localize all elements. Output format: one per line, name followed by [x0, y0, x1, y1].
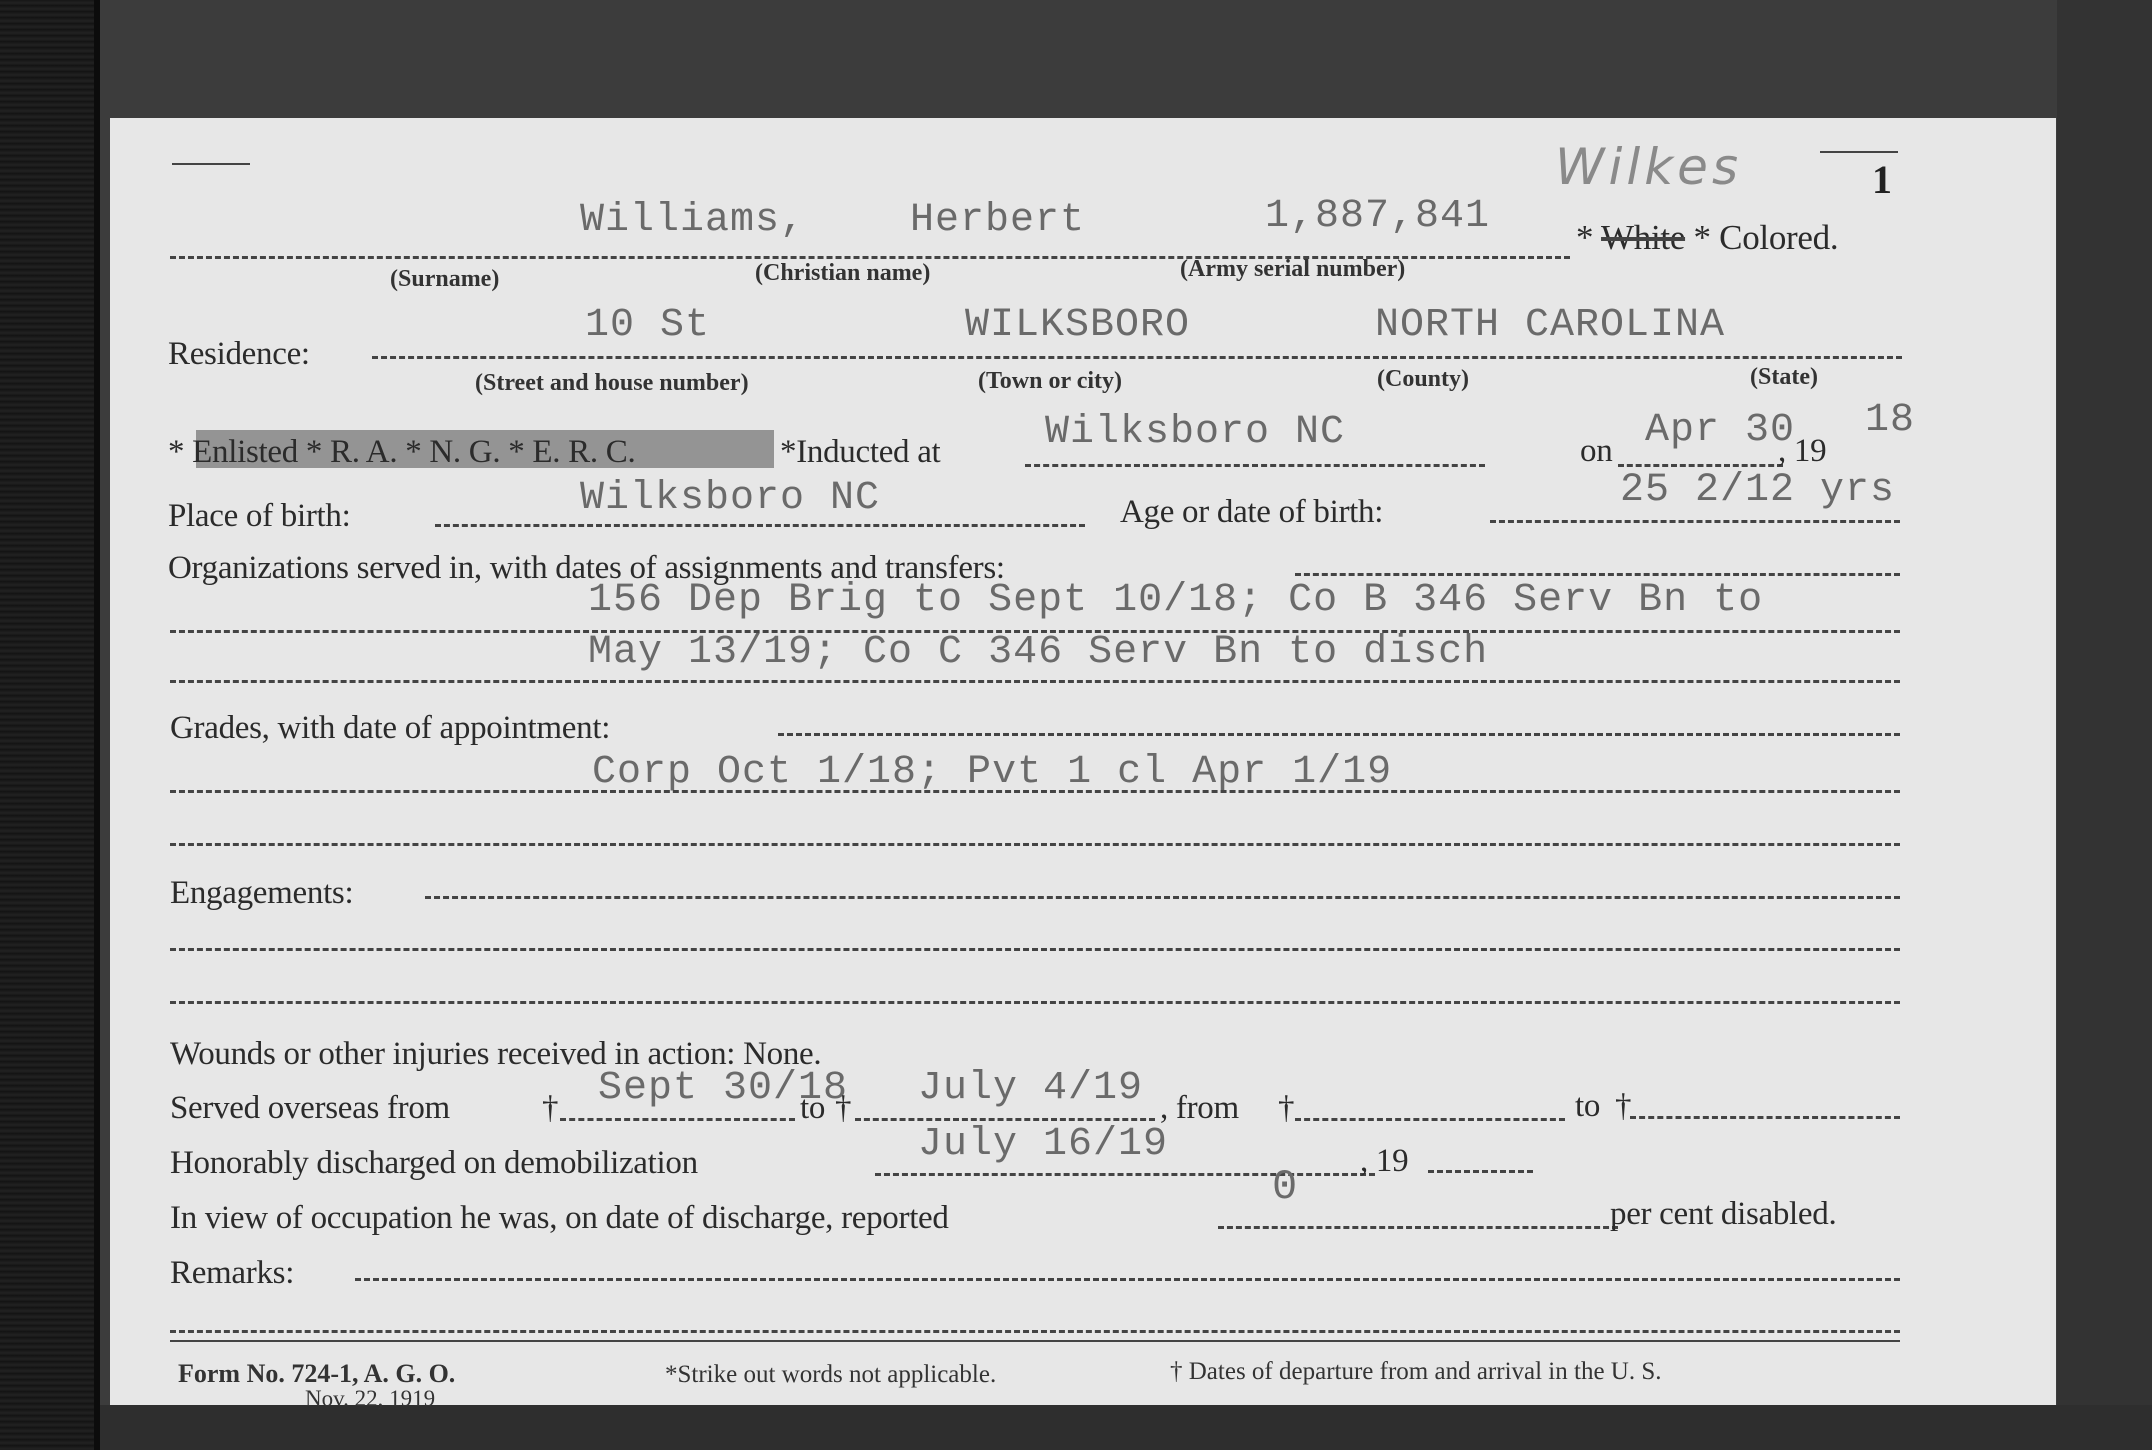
grades-line-2	[170, 843, 1900, 846]
overseas-to2-line	[1630, 1116, 1900, 1119]
scanner-edge-line	[94, 0, 100, 1450]
surname-caption: (Surname)	[390, 266, 499, 293]
engagements-line-1	[170, 948, 1900, 951]
dagger: †	[542, 1090, 558, 1127]
footer-rule	[170, 1340, 1900, 1342]
organizations-line-0	[1295, 573, 1900, 576]
christian-name-caption: (Christian name)	[755, 260, 930, 287]
enlistment-options-struck: * Enlisted * R. A. * N. G. * E. R. C.	[168, 434, 635, 471]
organization-line-1: 156 Dep Brig to Sept 10/18; Co B 346 Ser…	[588, 578, 1763, 623]
engagements-line-0	[425, 896, 1900, 899]
form-number: Form No. 724-1, A. G. O.	[178, 1359, 455, 1389]
race-option-white-struck: White	[1601, 218, 1685, 257]
residence-line	[372, 356, 1902, 359]
remarks-line-0	[355, 1278, 1900, 1281]
disability-value: 0	[1272, 1163, 1298, 1211]
overseas-to-value: July 4/19	[918, 1066, 1143, 1111]
on-label: on	[1580, 433, 1612, 470]
age-line	[1490, 520, 1900, 523]
discharge-label: Honorably discharged on demobilization	[170, 1145, 698, 1182]
dagger: †	[835, 1090, 851, 1127]
town-caption: (Town or city)	[978, 368, 1122, 395]
scanner-edge-left	[0, 0, 94, 1450]
induction-year-value: 18	[1865, 398, 1915, 443]
service-record-card: 1 Wilkes Williams, Herbert 1,887,841 * W…	[110, 118, 2056, 1405]
corner-mark	[172, 163, 250, 165]
engagements-label: Engagements:	[170, 875, 353, 912]
dagger: †	[1615, 1088, 1631, 1125]
age-label: Age or date of birth:	[1120, 494, 1383, 531]
dagger: †	[1278, 1090, 1294, 1127]
induction-date-value: Apr 30	[1645, 408, 1795, 453]
discharge-year-label: , 19	[1360, 1143, 1408, 1180]
overseas-to2-label: to	[1575, 1088, 1600, 1125]
serial-number-value: 1,887,841	[1265, 194, 1490, 239]
grades-line-1	[170, 790, 1900, 793]
age-value: 25 2/12 yrs	[1620, 468, 1895, 513]
race-option-colored: Colored.	[1719, 218, 1838, 257]
discharge-date-value: July 16/19	[918, 1122, 1168, 1167]
inducted-at-value: Wilksboro NC	[1045, 410, 1345, 455]
residence-street-value: 10 St	[585, 303, 710, 348]
disability-suffix: per cent disabled.	[1610, 1196, 1836, 1233]
remarks-label: Remarks:	[170, 1255, 294, 1292]
strike-out-note: *Strike out words not applicable.	[665, 1361, 996, 1389]
inducted-line	[1025, 464, 1485, 467]
remarks-line-1	[170, 1330, 1900, 1333]
page-number-rule	[1820, 151, 1898, 153]
scan-background-right	[2057, 0, 2152, 1405]
serial-caption: (Army serial number)	[1180, 256, 1405, 283]
discharge-year-line	[1428, 1170, 1533, 1173]
overseas-from2-line	[1295, 1118, 1565, 1121]
county-caption: (County)	[1377, 366, 1469, 393]
asterisk: *	[1694, 218, 1711, 257]
inducted-label: *Inducted at	[780, 434, 940, 471]
grades-label: Grades, with date of appointment:	[170, 710, 610, 747]
overseas-label: Served overseas from	[170, 1090, 450, 1127]
overseas-from2-label: , from	[1160, 1090, 1239, 1127]
state-caption: (State)	[1750, 364, 1818, 391]
disability-label: In view of occupation he was, on date of…	[170, 1200, 949, 1237]
residence-label: Residence:	[168, 336, 310, 373]
year-prefix: , 19	[1778, 433, 1826, 470]
engagements-line-2	[170, 1001, 1900, 1004]
asterisk: *	[1576, 218, 1593, 257]
birth-place-line	[435, 524, 1085, 527]
form-date: Nov. 22, 1919	[305, 1386, 435, 1412]
induction-date-line	[1618, 464, 1783, 467]
overseas-to-line	[855, 1118, 1155, 1121]
birth-place-value: Wilksboro NC	[580, 476, 880, 521]
birth-place-label: Place of birth:	[168, 498, 350, 535]
street-caption: (Street and house number)	[475, 370, 749, 397]
organizations-line-2	[170, 680, 1900, 683]
grades-line-0	[778, 733, 1900, 736]
grade-line-1: Corp Oct 1/18; Pvt 1 cl Apr 1/19	[592, 750, 1392, 795]
dates-note: † Dates of departure from and arrival in…	[1170, 1358, 1662, 1386]
disability-line	[1218, 1226, 1618, 1229]
residence-town-value: WILKSBORO	[965, 303, 1190, 348]
residence-state-value: NORTH CAROLINA	[1375, 303, 1725, 348]
surname-value: Williams,	[580, 198, 805, 243]
county-annotation-handwritten: Wilkes	[1555, 138, 1742, 196]
discharge-line	[875, 1173, 1375, 1176]
race-row: * White * Colored.	[1576, 218, 1838, 258]
overseas-to-label: to	[800, 1090, 825, 1127]
organization-line-2: May 13/19; Co C 346 Serv Bn to disch	[588, 630, 1488, 675]
christian-name-value: Herbert	[910, 198, 1085, 243]
overseas-from-line	[560, 1118, 795, 1121]
page-number: 1	[1872, 156, 1892, 203]
